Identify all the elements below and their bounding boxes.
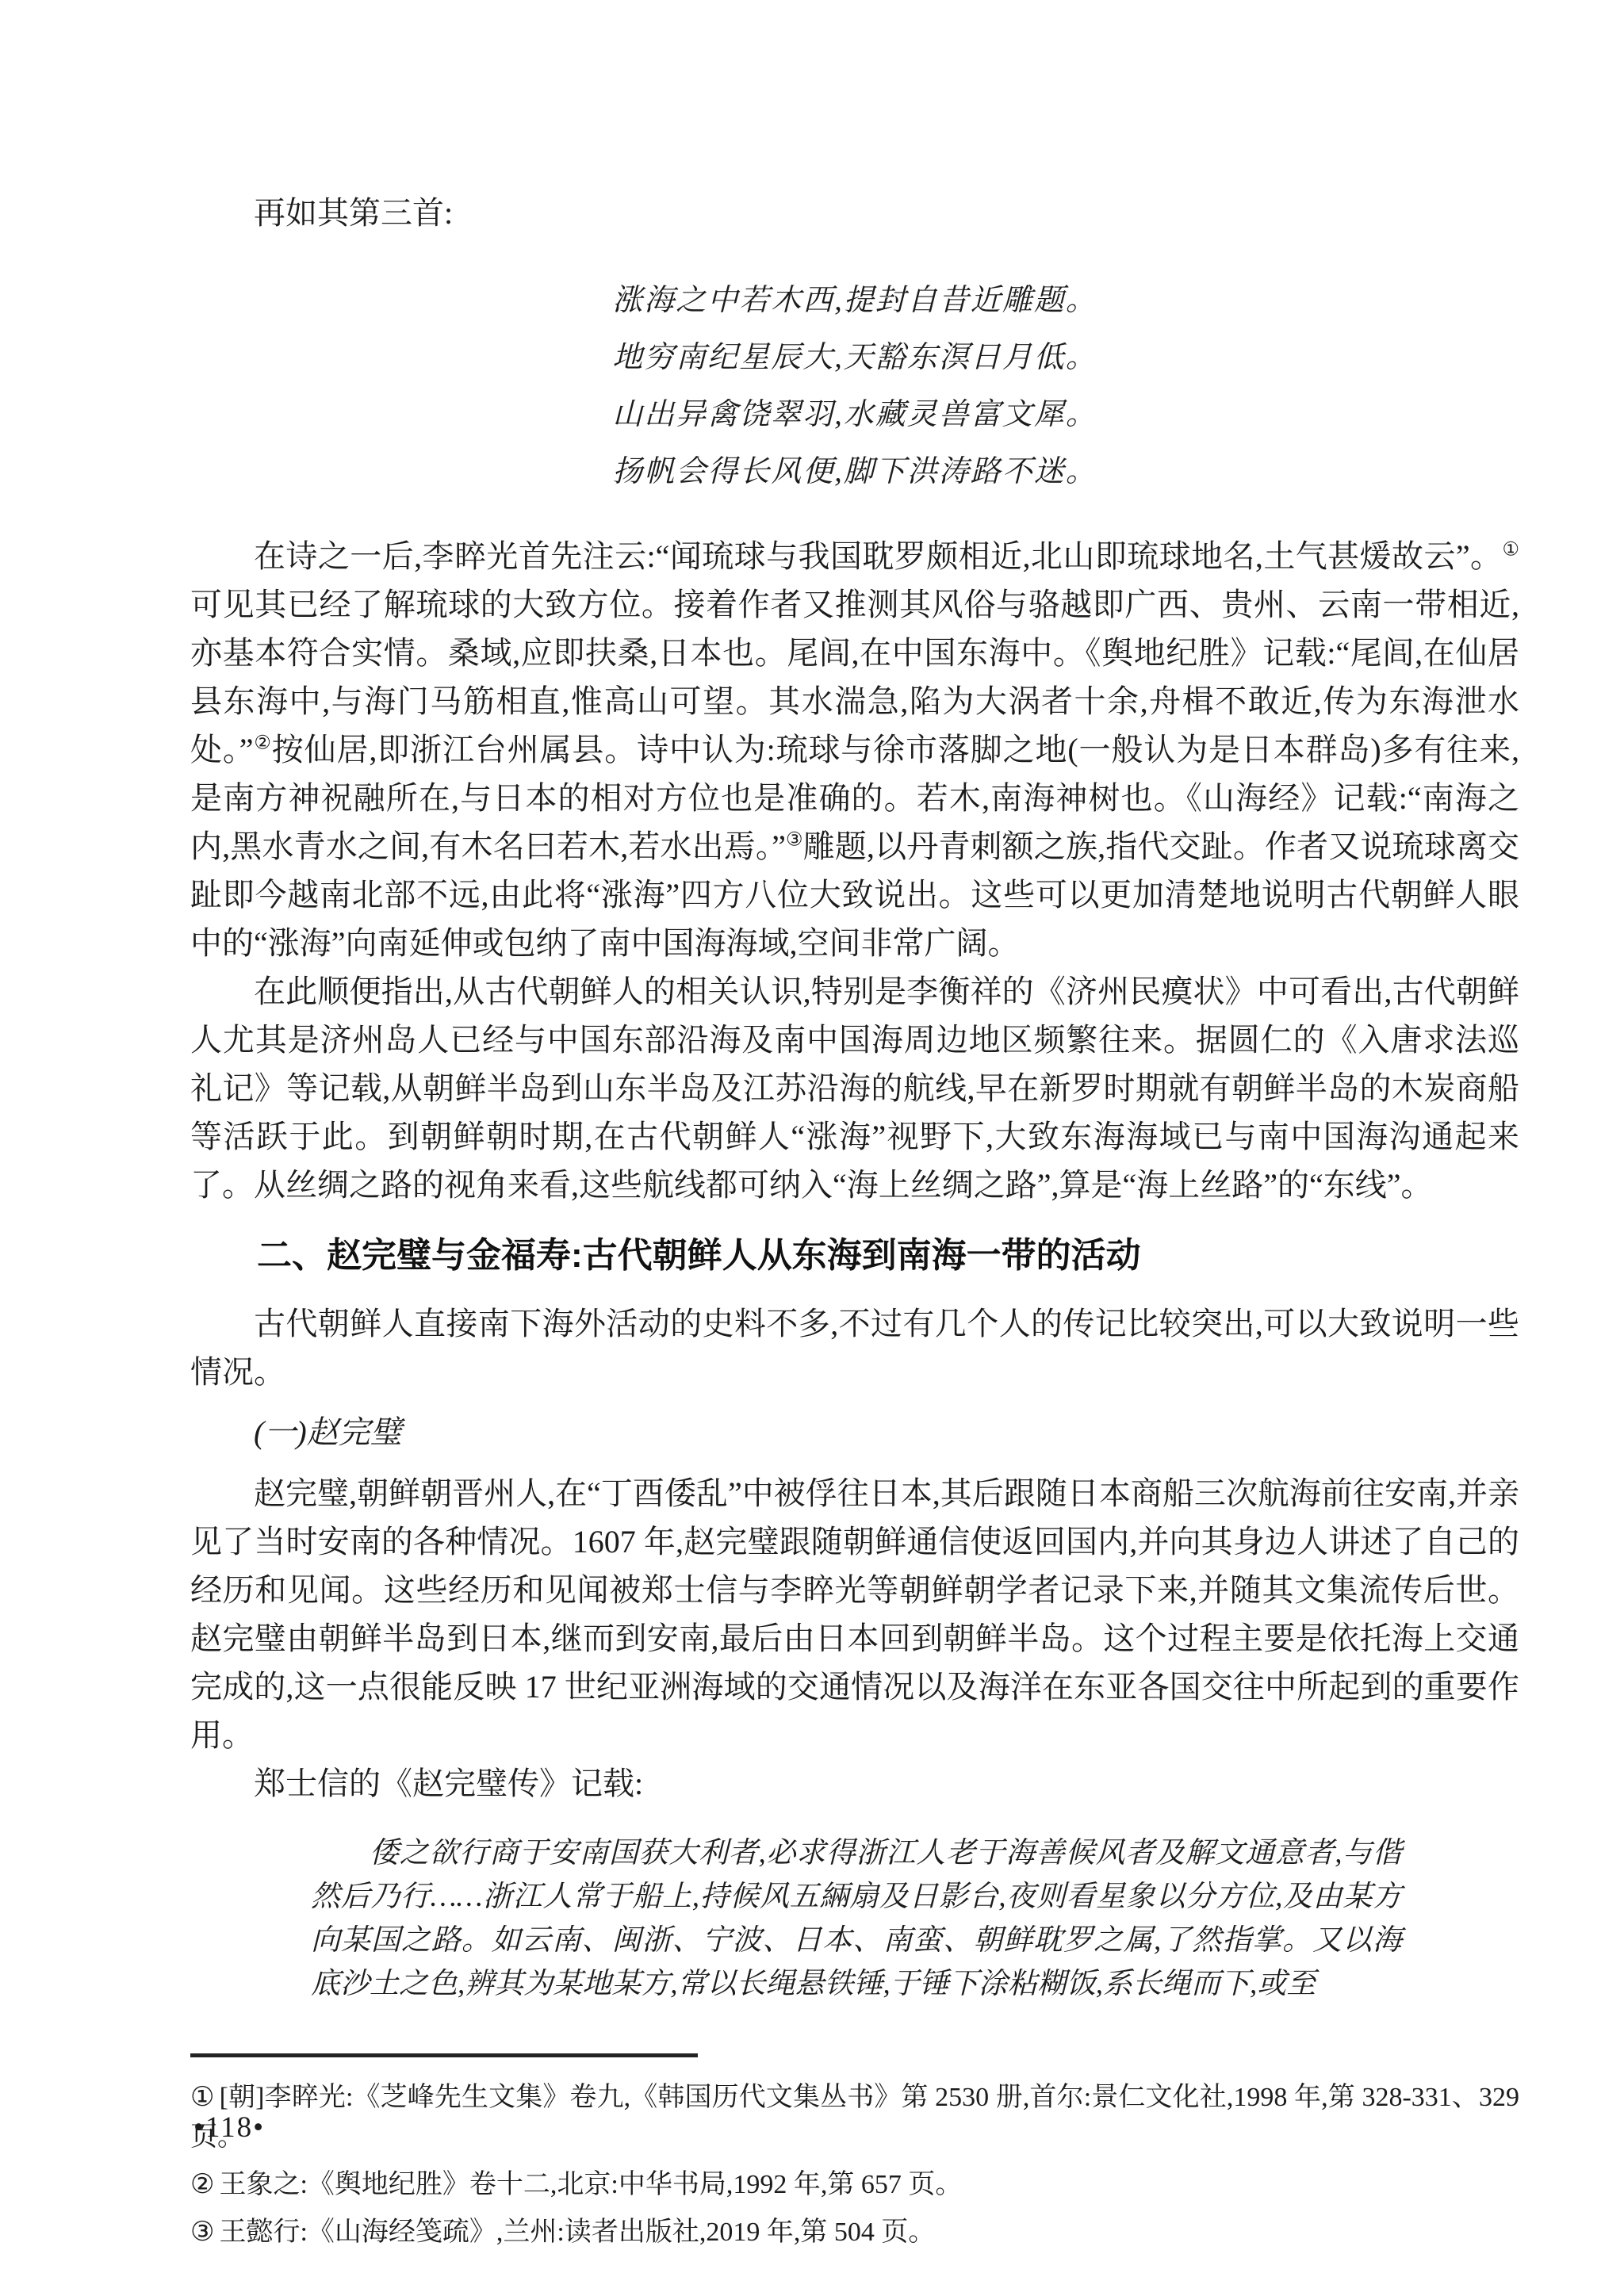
- intro-paragraph: 再如其第三首:: [190, 189, 1519, 237]
- footnote-item-3: ③王懿行:《山海经笺疏》,兰州:读者出版社,2019 年,第 504 页。: [190, 2213, 1519, 2252]
- paragraph-jeju-note: 在此顺便指出,从古代朝鲜人的相关认识,特别是李衡祥的《济州民瘼状》中可看出,古代…: [190, 967, 1519, 1209]
- footnote-text-1: [朝]李睟光:《芝峰先生文集》卷九,《韩国历代文集丛书》第 2530 册,首尔:…: [190, 2083, 1519, 2152]
- paragraph-commentary: 在诗之一后,李睟光首先注云:“闻琉球与我国耽罗颇相近,北山即琉球地名,土气甚煖故…: [190, 532, 1519, 967]
- footnote-separator-rule: [190, 2053, 698, 2057]
- poem-line: 山出异禽饶翠羽,水藏灵兽富文犀。: [190, 386, 1519, 443]
- blockquote-zhao-wanbi-zhuan: 倭之欲行商于安南国获大利者,必求得浙江人老于海善候风者及解文通意者,与偕然后乃行…: [311, 1831, 1402, 2006]
- footnote-item-2: ②王象之:《舆地纪胜》卷十二,北京:中华书局,1992 年,第 657 页。: [190, 2165, 1519, 2205]
- footnote-ref-3: ③: [786, 830, 803, 851]
- page-content: 再如其第三首: 涨海之中若木西,提封自昔近雕题。 地穷南纪星辰大,天豁东溟日月低…: [190, 189, 1519, 2260]
- poem-line: 地穷南纪星辰大,天豁东溟日月低。: [190, 329, 1519, 386]
- footnote-marker-3: ③: [190, 2218, 214, 2247]
- section-heading: 二、赵完璧与金福寿:古代朝鲜人从东海到南海一带的活动: [257, 1233, 1519, 1279]
- footnote-item-1: ①[朝]李睟光:《芝峰先生文集》卷九,《韩国历代文集丛书》第 2530 册,首尔…: [190, 2078, 1519, 2157]
- footnote-marker-1: ①: [190, 2083, 215, 2112]
- page-number: •118•: [193, 2110, 265, 2145]
- footnote-ref-1: ①: [1502, 540, 1519, 561]
- footnote-marker-2: ②: [190, 2170, 214, 2199]
- paragraph-segment: 在诗之一后,李睟光首先注云:“闻琉球与我国耽罗颇相近,北山即琉球地名,土气甚煖故…: [254, 538, 1502, 574]
- poem-line: 涨海之中若木西,提封自昔近雕题。: [190, 272, 1519, 329]
- footnote-text-3: 王懿行:《山海经笺疏》,兰州:读者出版社,2019 年,第 504 页。: [219, 2218, 935, 2247]
- document-page: 再如其第三首: 涨海之中若木西,提封自昔近雕题。 地穷南纪星辰大,天豁东溟日月低…: [0, 0, 1624, 2296]
- footnote-text-2: 王象之:《舆地纪胜》卷十二,北京:中华书局,1992 年,第 657 页。: [219, 2170, 962, 2199]
- footnote-ref-2: ②: [254, 733, 272, 754]
- paragraph-zhao-wanbi: 赵完璧,朝鲜朝晋州人,在“丁酉倭乱”中被俘往日本,其后跟随日本商船三次航海前往安…: [190, 1469, 1519, 1759]
- paragraph-quote-lead: 郑士信的《赵完璧传》记载:: [190, 1759, 1519, 1808]
- paragraph-section-intro: 古代朝鲜人直接南下海外活动的史料不多,不过有几个人的传记比较突出,可以大致说明一…: [190, 1299, 1519, 1396]
- intro-text: 再如其第三首:: [254, 195, 453, 231]
- poem-block: 涨海之中若木西,提封自昔近雕题。 地穷南纪星辰大,天豁东溟日月低。 山出异禽饶翠…: [190, 272, 1519, 500]
- poem-line: 扬帆会得长风便,脚下洪涛路不迷。: [190, 443, 1519, 500]
- subsection-heading: (一)赵完璧: [190, 1410, 1519, 1455]
